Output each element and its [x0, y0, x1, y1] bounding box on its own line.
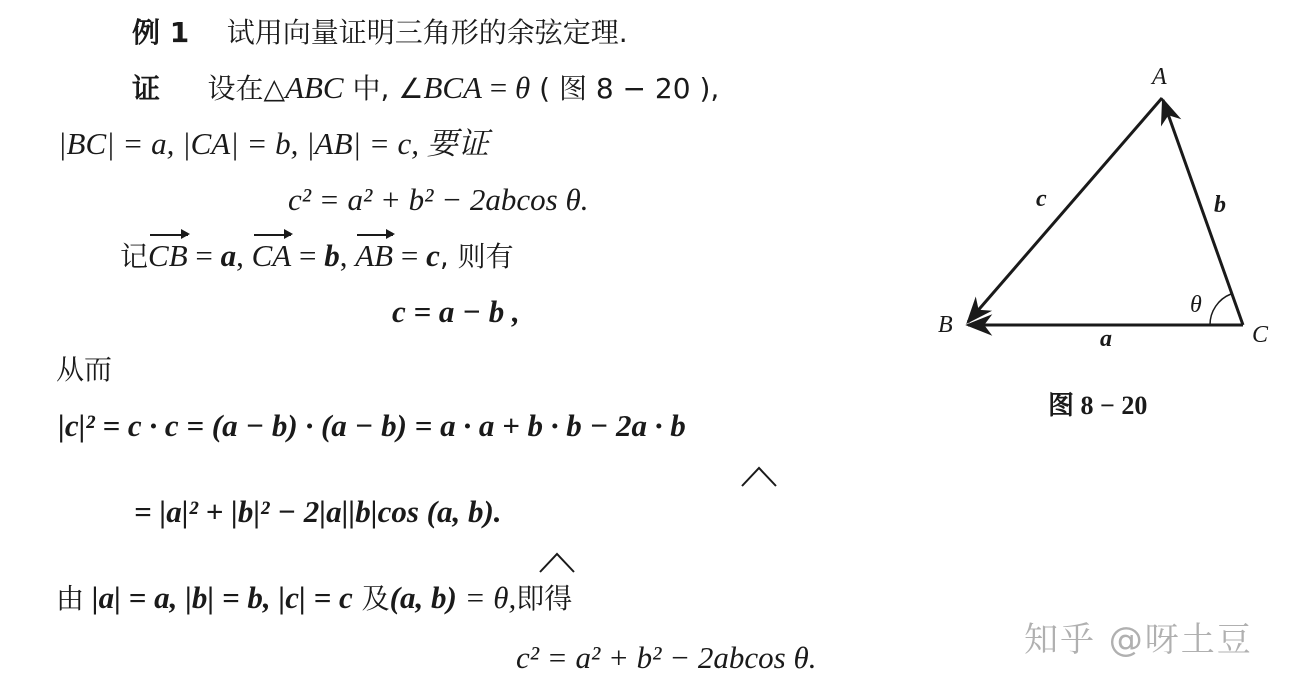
vector-b: b	[324, 238, 340, 273]
triangle-figure: A B C c b a θ	[920, 60, 1304, 390]
figure-reference: ( 图 8 − 20 ),	[530, 72, 719, 105]
text: 中, ∠	[344, 72, 424, 105]
magnitudes: |a| = a, |b| = b, |c| = c	[92, 580, 353, 615]
angle-hat-icon	[740, 466, 778, 488]
angle-hat-icon	[538, 552, 576, 574]
vector-AB: AB	[355, 236, 393, 276]
proof-label: 证	[132, 72, 160, 105]
text: 由	[56, 582, 84, 615]
vector-CA: CA	[252, 236, 292, 276]
watermark: 知乎 @呀土豆	[1024, 612, 1253, 661]
angle-theta-label: θ	[1190, 292, 1202, 319]
text: 及	[353, 582, 390, 615]
therefore-label: 从而	[56, 350, 112, 390]
proof-line-1: 证 设在△ABC 中, ∠BCA = θ ( 图 8 − 20 ),	[132, 68, 719, 109]
vector-CB: CB	[148, 236, 188, 276]
angle-ab: (a, b)	[390, 580, 457, 615]
text: 设在△	[208, 72, 286, 105]
example-label: 例 1	[132, 16, 189, 49]
side-definitions: |BC| = a, |CA| = b, |AB| = c, 要证	[58, 126, 489, 161]
vertex-C: C	[1252, 322, 1268, 349]
equals-theta: = θ,	[457, 580, 516, 615]
triangle-name: ABC	[285, 70, 344, 105]
example-heading: 例 1 试用向量证明三角形的余弦定理.	[132, 12, 628, 53]
vector-c: c	[426, 238, 440, 273]
goal-equation: c² = a² + b² − 2abcos θ.	[288, 180, 588, 220]
triangle-diagram	[920, 60, 1304, 390]
vertex-A: A	[1152, 64, 1167, 91]
equals: =	[188, 238, 221, 273]
conclusion-equation: c² = a² + b² − 2abcos θ.	[516, 638, 816, 678]
text: 即得	[516, 582, 572, 615]
text: 记	[120, 240, 148, 273]
equals: =	[393, 238, 426, 273]
figure-caption: 图 8 − 20	[1048, 385, 1147, 422]
vertex-B: B	[938, 312, 953, 339]
equals: =	[291, 238, 324, 273]
equals: =	[482, 70, 515, 105]
magnitude-expansion: = |a|² + |b|² − 2|a||b|cos (a, b).	[134, 492, 502, 532]
proof-line-2: |BC| = a, |CA| = b, |AB| = c, 要证	[58, 124, 489, 164]
edge-c-label: c	[1036, 186, 1047, 213]
example-title: 试用向量证明三角形的余弦定理.	[227, 16, 628, 49]
vector-equation: c = a − b ,	[392, 292, 520, 332]
angle-name: BCA	[423, 70, 482, 105]
theta: θ	[515, 70, 530, 105]
vector-a: a	[221, 238, 237, 273]
vector-definitions: 记CB = a, CA = b, AB = c, 则有	[120, 236, 514, 277]
text: , 则有	[440, 240, 514, 273]
edge-b-label: b	[1214, 192, 1226, 219]
dot-product-expansion: |c|² = c · c = (a − b) · (a − b) = a · a…	[58, 406, 686, 446]
substitution-line: 由 |a| = a, |b| = b, |c| = c 及(a, b) = θ,…	[56, 578, 572, 619]
edge-a-label: a	[1100, 326, 1112, 353]
expansion-text: = |a|² + |b|² − 2|a||b|cos (a, b).	[134, 494, 502, 529]
